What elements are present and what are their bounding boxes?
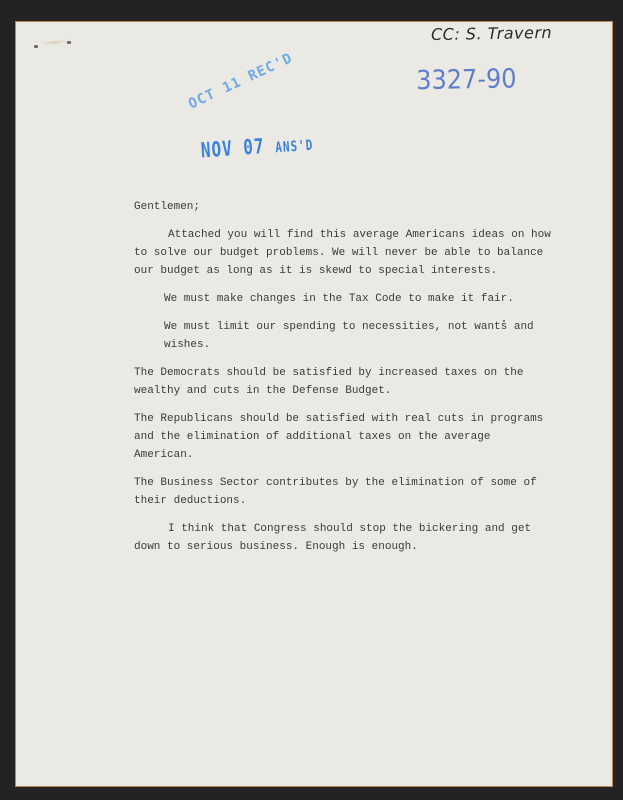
paragraph-republicans: The Republicans should be satisfied with… bbox=[134, 410, 554, 464]
scan-frame: CC: S. Travern 3327-90 OCT 11 REC'D NOV … bbox=[0, 0, 623, 800]
salutation: Gentlemen; bbox=[134, 198, 554, 216]
answered-date: NOV 07 bbox=[200, 134, 265, 163]
letter-body: Gentlemen; Attached you will find this a… bbox=[134, 198, 554, 566]
stray-ink-mark bbox=[503, 320, 505, 322]
staple-hole-mark bbox=[34, 45, 38, 48]
paragraph-intro: Attached you will find this average Amer… bbox=[134, 226, 554, 280]
paragraph-spending: We must limit our spending to necessitie… bbox=[134, 318, 554, 354]
handwritten-file-number: 3327-90 bbox=[416, 63, 517, 96]
paragraph-closing: I think that Congress should stop the bi… bbox=[134, 520, 554, 556]
paragraph-business: The Business Sector contributes by the e… bbox=[134, 474, 554, 510]
answered-suffix: ANS'D bbox=[275, 137, 314, 157]
handwritten-cc-note: CC: S. Travern bbox=[431, 23, 552, 44]
paragraph-democrats: The Democrats should be satisfied by inc… bbox=[134, 364, 554, 400]
paragraph-tax-code: We must make changes in the Tax Code to … bbox=[134, 290, 554, 308]
